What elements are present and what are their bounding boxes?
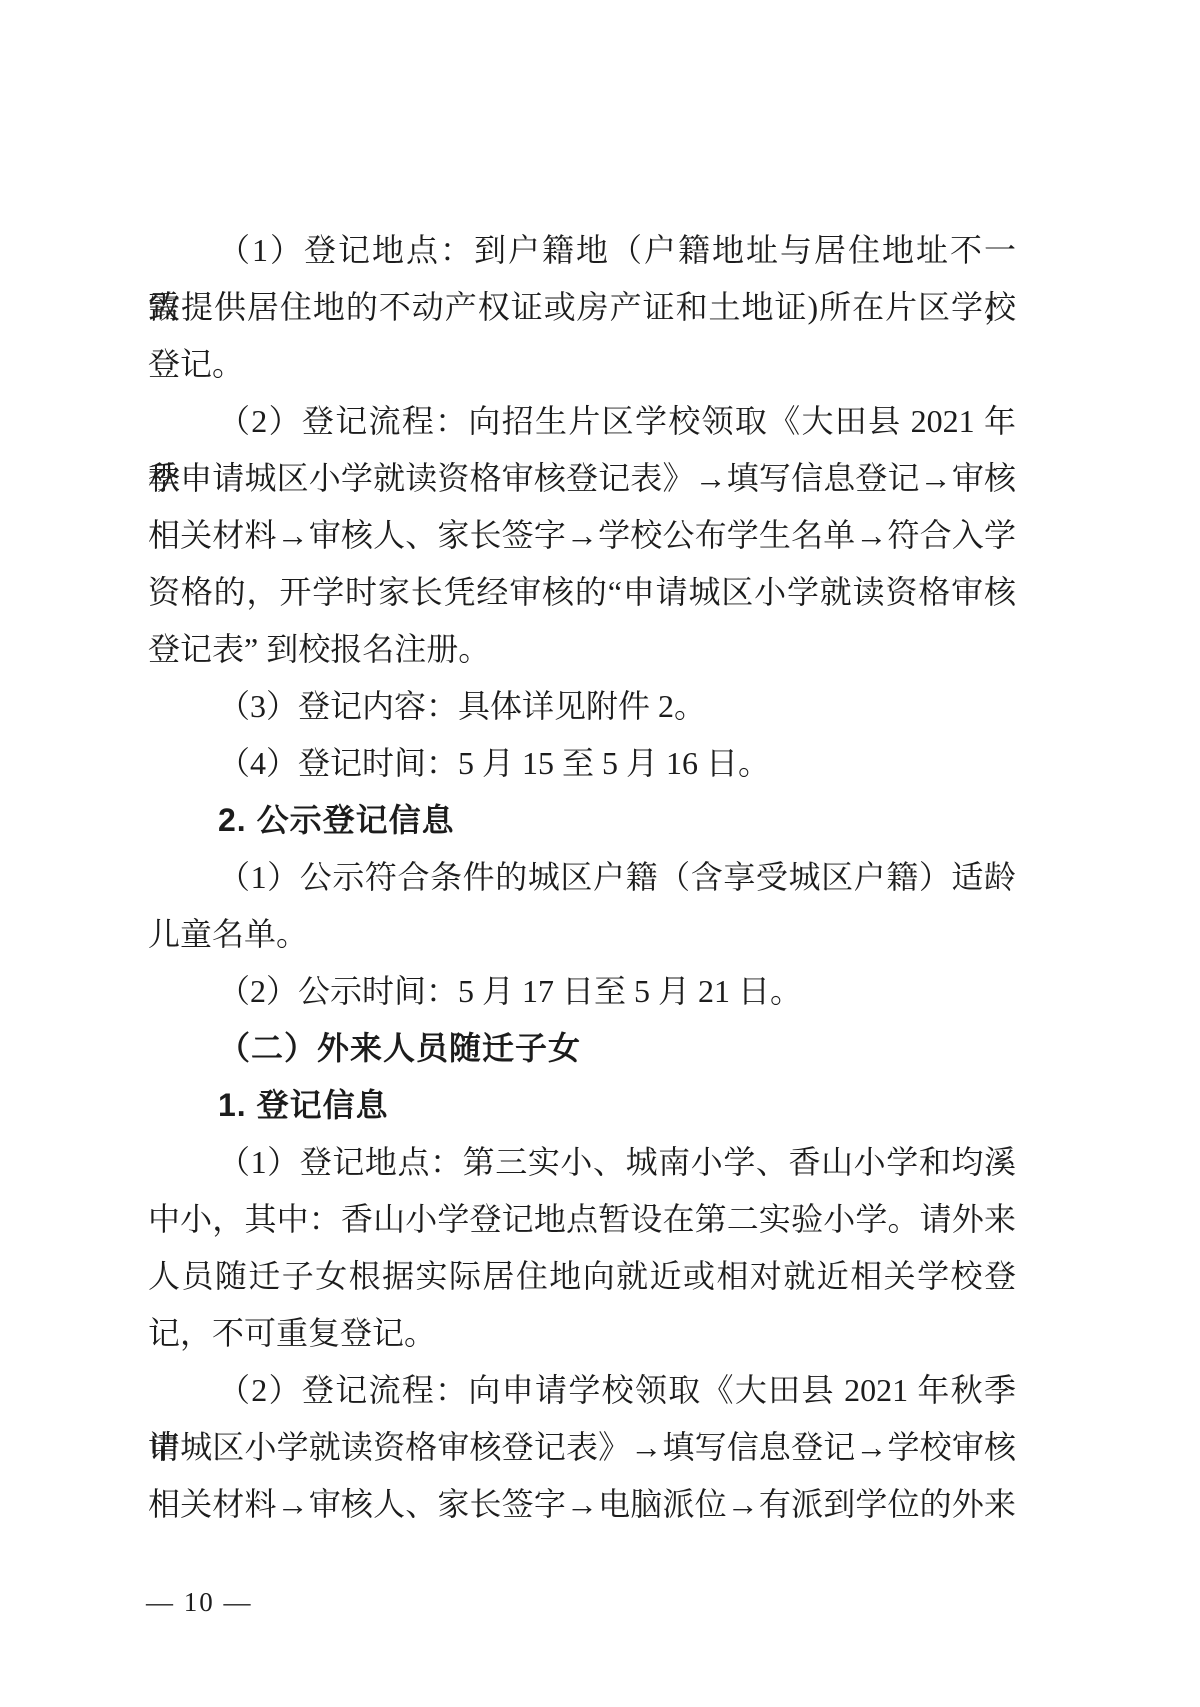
- text-line: （1）公示符合条件的城区户籍（含享受城区户籍）适龄: [148, 849, 1016, 906]
- text-line: 登记。: [148, 336, 1016, 393]
- text-line: （2）登记流程：向招生片区学校领取《大田县 2021 年秋: [148, 393, 1016, 450]
- text-line: （2）公示时间：5 月 17 日至 5 月 21 日。: [148, 963, 1016, 1020]
- text-line: 相关材料→审核人、家长签字→电脑派位→有派到学位的外来: [148, 1476, 1016, 1533]
- document-page: （1）登记地点：到户籍地（户籍地址与居住地址不一致， 需提供居住地的不动产权证或…: [0, 0, 1200, 1707]
- text-line: （2）登记流程：向申请学校领取《大田县 2021 年秋季申: [148, 1362, 1016, 1419]
- heading-public-registration-info: 2. 公示登记信息: [148, 792, 1016, 849]
- text-line: （3）登记内容：具体详见附件 2。: [148, 678, 1016, 735]
- text-line: 儿童名单。: [148, 906, 1016, 963]
- text-line: 需提供居住地的不动产权证或房产证和土地证)所在片区学校: [148, 279, 1016, 336]
- text-line: （4）登记时间：5 月 15 至 5 月 16 日。: [148, 735, 1016, 792]
- text-line: 相关材料→审核人、家长签字→学校公布学生名单→符合入学: [148, 507, 1016, 564]
- page-number: — 10 —: [146, 1577, 253, 1627]
- text-line: 登记表” 到校报名注册。: [148, 621, 1016, 678]
- text-line: （1）登记地点：到户籍地（户籍地址与居住地址不一致，: [148, 222, 1016, 279]
- text-line: 资格的，开学时家长凭经审核的“申请城区小学就读资格审核: [148, 564, 1016, 621]
- text-line: 中小，其中：香山小学登记地点暂设在第二实验小学。请外来: [148, 1191, 1016, 1248]
- document-body: （1）登记地点：到户籍地（户籍地址与居住地址不一致， 需提供居住地的不动产权证或…: [148, 222, 1016, 1533]
- text-line: 人员随迁子女根据实际居住地向就近或相对就近相关学校登: [148, 1248, 1016, 1305]
- heading-registration-info: 1. 登记信息: [148, 1077, 1016, 1134]
- text-line: 记，不可重复登记。: [148, 1305, 1016, 1362]
- heading-migrant-workers-children: （二）外来人员随迁子女: [148, 1020, 1016, 1077]
- text-line: 季申请城区小学就读资格审核登记表》→填写信息登记→审核: [148, 450, 1016, 507]
- text-line: （1）登记地点：第三实小、城南小学、香山小学和均溪: [148, 1134, 1016, 1191]
- text-line: 请城区小学就读资格审核登记表》→填写信息登记→学校审核: [148, 1419, 1016, 1476]
